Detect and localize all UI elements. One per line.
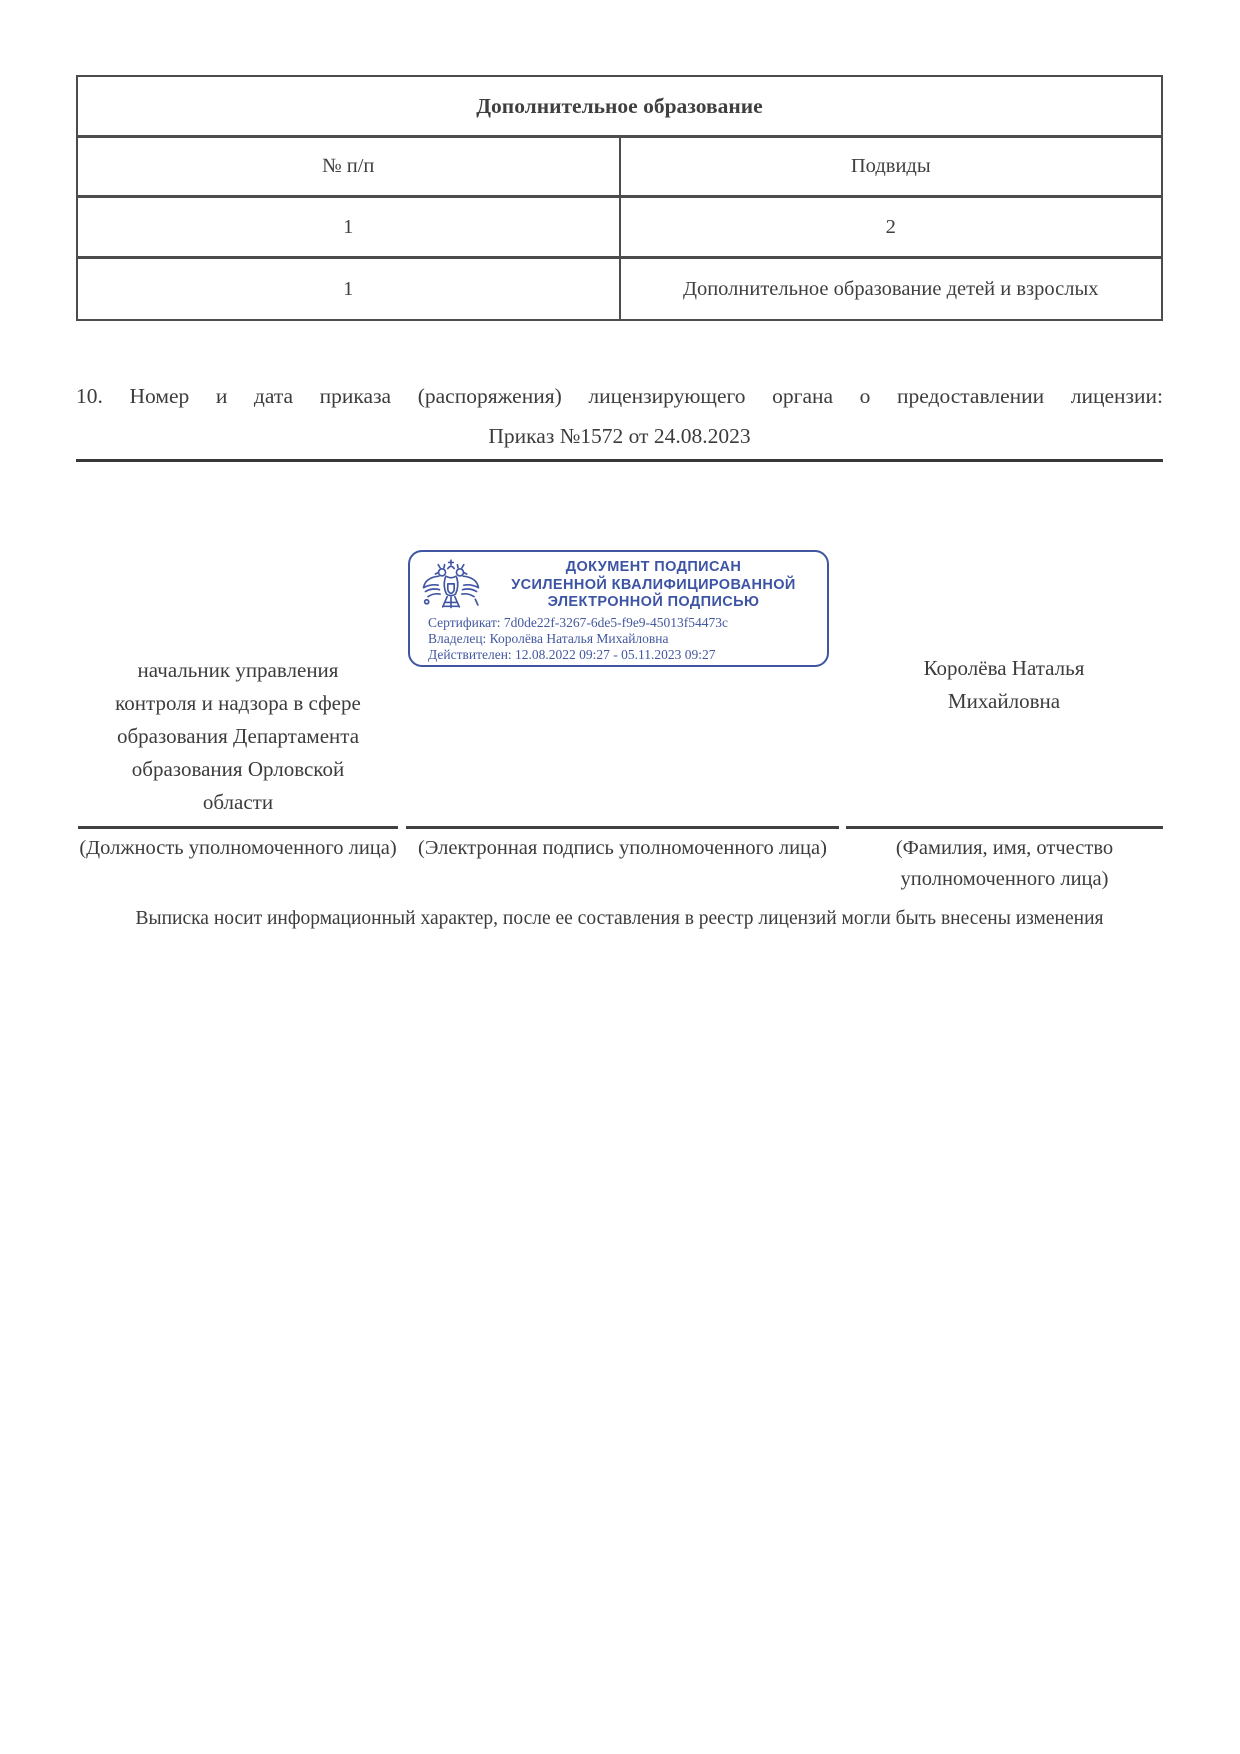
caption-position: (Должность уполномоченного лица) xyxy=(78,833,398,864)
stamp-title: ДОКУМЕНТ ПОДПИСАН УСИЛЕННОЙ КВАЛИФИЦИРОВ… xyxy=(484,559,823,612)
row-number-cell: 1 xyxy=(77,258,620,321)
row-subtype-cell: Дополнительное образование детей и взрос… xyxy=(620,258,1163,321)
section10-label: 10. Номер и дата приказа (распоряжения) … xyxy=(76,384,1163,409)
order-number-value: Приказ №1572 от 24.08.2023 xyxy=(76,424,1163,449)
stamp-details: Сертификат: 7d0de22f-3267-6de5-f9e9-4501… xyxy=(428,615,821,663)
caption-esign: (Электронная подпись уполномоченного лиц… xyxy=(406,833,839,864)
stamp-owner: Владелец: Королёва Наталья Михайловна xyxy=(428,631,821,647)
caption-name: (Фамилия, имя, отчество уполномоченного … xyxy=(846,833,1163,894)
official-position-text: начальник управления контроля и надзора … xyxy=(98,654,378,819)
column-header-number: № п/п xyxy=(77,137,620,197)
coat-of-arms-icon xyxy=(418,557,484,621)
signature-line-name xyxy=(846,826,1163,829)
license-extract-page: Дополнительное образование № п/п Подвиды… xyxy=(0,0,1240,1754)
stamp-certificate: Сертификат: 7d0de22f-3267-6de5-f9e9-4501… xyxy=(428,615,821,631)
stamp-title-line1: ДОКУМЕНТ ПОДПИСАН xyxy=(484,559,823,577)
stamp-title-line2: УСИЛЕННОЙ КВАЛИФИЦИРОВАННОЙ xyxy=(484,577,823,595)
signature-line-esign xyxy=(406,826,839,829)
informational-note: Выписка носит информационный характер, п… xyxy=(76,908,1163,930)
table-row: Дополнительное образование xyxy=(77,76,1162,137)
table-title: Дополнительное образование xyxy=(77,76,1162,137)
stamp-validity: Действителен: 12.08.2022 09:27 - 05.11.2… xyxy=(428,647,821,663)
official-name-text: Королёва Наталья Михайловна xyxy=(884,652,1124,718)
additional-education-table: Дополнительное образование № п/п Подвиды… xyxy=(76,75,1163,321)
esign-stamp: ДОКУМЕНТ ПОДПИСАН УСИЛЕННОЙ КВАЛИФИЦИРОВ… xyxy=(408,550,829,667)
column-index-subtypes: 2 xyxy=(620,197,1163,258)
stamp-title-line3: ЭЛЕКТРОННОЙ ПОДПИСЬЮ xyxy=(484,594,823,612)
horizontal-rule xyxy=(76,459,1163,462)
table-row: № п/п Подвиды xyxy=(77,137,1162,197)
column-header-subtypes: Подвиды xyxy=(620,137,1163,197)
table-row: 1 2 xyxy=(77,197,1162,258)
signature-line-position xyxy=(78,826,398,829)
table-row: 1 Дополнительное образование детей и взр… xyxy=(77,258,1162,321)
column-index-number: 1 xyxy=(77,197,620,258)
